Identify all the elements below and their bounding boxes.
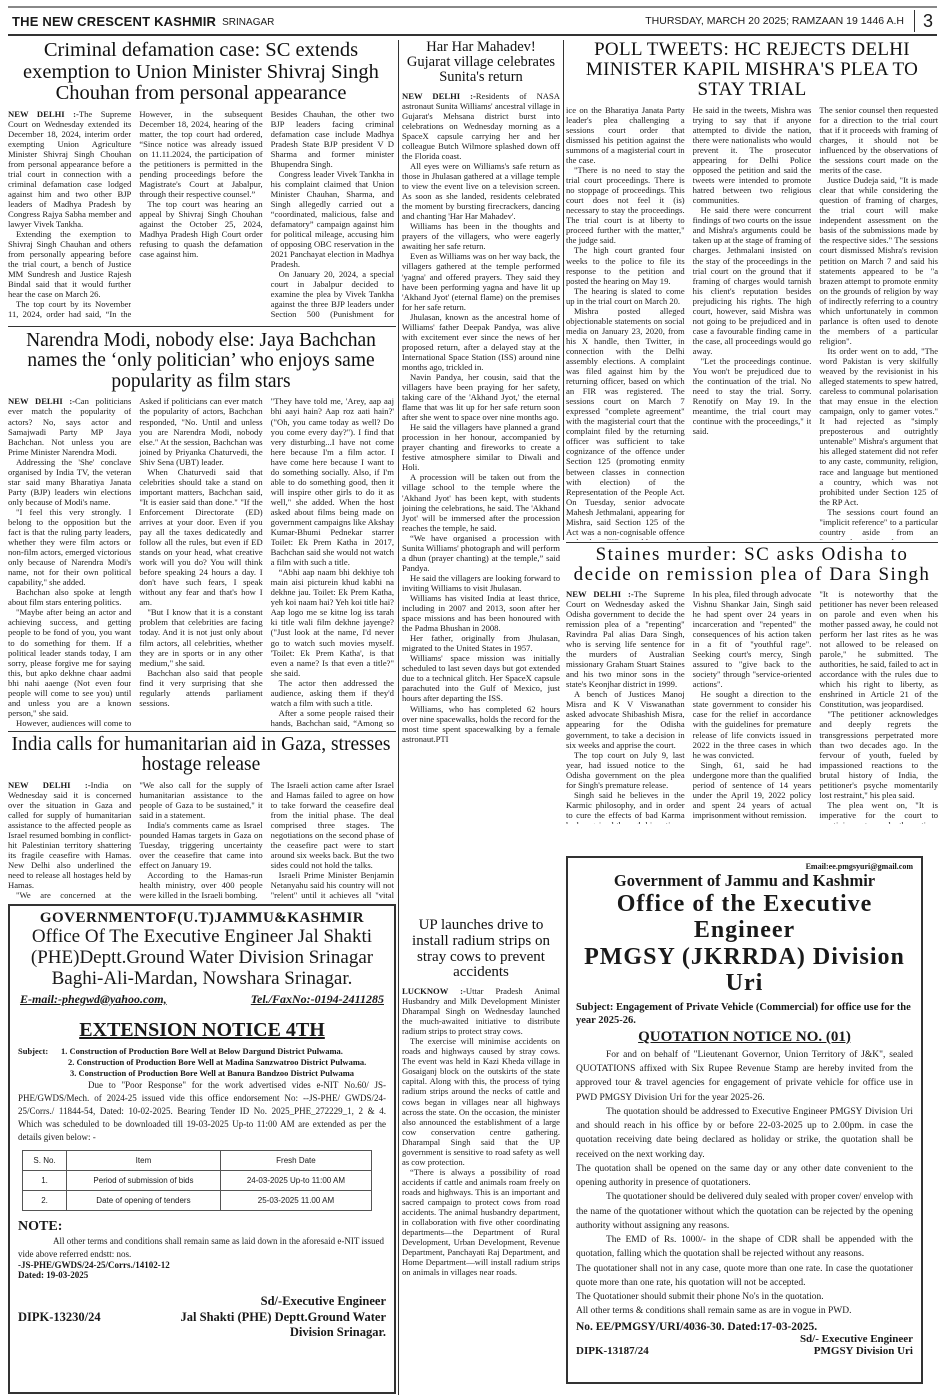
paragraph: The high court granted four weeks to the… <box>566 245 685 285</box>
paragraph: The top court was hearing an appeal by S… <box>139 199 262 259</box>
office-line: Office of the Executive Engineer <box>576 891 913 944</box>
article-body: NEW DELHI :-The Supreme Court on Wednesd… <box>8 109 394 322</box>
paragraph: Israeli Prime Minister Benjamin Netanyah… <box>271 870 394 903</box>
table-cell: Date of opening of tenders <box>67 1191 221 1211</box>
text: India on Wednesday said it is concerned … <box>8 780 131 890</box>
paragraph: Williams has been in the thoughts and pr… <box>402 221 560 251</box>
text: Subject: <box>18 1046 48 1056</box>
paragraph: Bachchan also spoke at length about film… <box>8 587 131 607</box>
dateline: NEW DELHI :- <box>8 780 91 790</box>
dateline: LUCKNOW :- <box>402 986 466 996</box>
paragraph: Bachchan also said that people find it v… <box>139 668 262 708</box>
paragraph: Williams, who has completed 62 hours ove… <box>402 704 560 744</box>
table-row: 1.Period of submission of bids24-03-2025… <box>23 1171 372 1191</box>
paragraph: However, in the subsequent December 18, … <box>139 109 262 199</box>
paragraph: All other terms & conditions shall remai… <box>576 1304 913 1318</box>
text: -JS-PHE/GWDS/24-25/Corrs./14102-12 <box>18 1260 386 1270</box>
paragraph: He said there were concurrent findings o… <box>693 205 812 356</box>
article-staines-murder: Staines murder: SC asks Odisha to decide… <box>566 545 938 830</box>
paragraph: Besides Chauhan, the other two BJP leade… <box>271 109 394 169</box>
paragraph: The hearing is slated to come up in the … <box>566 286 685 306</box>
office-line: PMGSY (JKRRDA) Division Uri <box>576 944 913 997</box>
masthead: THE NEW CRESCENT KASHMIR SRINAGAR THURSD… <box>8 6 937 36</box>
paragraph: "It is noteworthy that the petitioner ha… <box>819 589 938 710</box>
article-body: NEW DELHI :-Can politicians ever match t… <box>8 396 394 727</box>
table-cell: Item <box>67 1151 221 1171</box>
dateline: NEW DELHI :- <box>402 91 476 101</box>
paragraph: However, audiences will come to see even… <box>8 718 131 727</box>
office-line: (PHE)Deptt.Ground Water Division Srinaga… <box>18 948 386 969</box>
headline: UP launches drive to install radium stri… <box>402 918 560 981</box>
text: DIPK-13230/24 <box>18 1310 101 1326</box>
paragraph: "We are concerned at the situation in Ga… <box>8 890 131 903</box>
paragraph: “We have organised a procession with Sun… <box>402 533 560 573</box>
article-radium-strips: UP launches drive to install radium stri… <box>402 918 560 1396</box>
paragraph: Addressing the 'She' conclave organised … <box>8 457 131 507</box>
paragraph: The Israeli action came after Israel and… <box>271 780 394 870</box>
paragraph: “Abhi aap naam bhi dekhiye toh main aisi… <box>271 567 394 678</box>
paragraph: India's comments came as Israel pounded … <box>139 820 262 870</box>
text: 3. Construction of Production Bore Well … <box>18 1068 386 1079</box>
paragraph: In his plea, filed through advocate Vish… <box>693 589 812 689</box>
text: Jal Shakti (PHE) Deptt.Ground Water <box>181 1310 386 1326</box>
text: Sd/-Executive Engineer <box>18 1294 386 1310</box>
office-address: Baghi-Ali-Mardan, Nowshara Srinagar. <box>18 969 386 990</box>
paragraph: "The petitioner acknowledges and deeply … <box>819 709 938 799</box>
newspaper-name: THE NEW CRESCENT KASHMIR <box>12 14 216 29</box>
text: PMGSY Division Uri <box>814 1345 913 1357</box>
advertisement-quotation-notice: Email:ee.pmgsyuri@gmail.com Government o… <box>566 856 923 1384</box>
table-cell: 25-03-2025 11.00 AM <box>220 1191 371 1211</box>
table-cell: S. No. <box>23 1151 67 1171</box>
notice-subject: Subject: Engagement of Private Vehicle (… <box>576 1001 913 1027</box>
notice-title: QUOTATION NOTICE NO. (01) <box>576 1029 913 1046</box>
dateline: NEW DELHI :- <box>8 396 75 406</box>
issue-date: THURSDAY, MARCH 20 2025; RAMZAAN 19 1446… <box>645 15 904 27</box>
paragraph: "They have told me, 'Arey, aap aaj bhi a… <box>271 396 394 567</box>
dateline: NEW DELHI :- <box>566 589 634 599</box>
text: The Supreme Court on Wednesday extended … <box>8 109 131 230</box>
text: Dated: 19-03-2025 <box>18 1270 386 1280</box>
paragraph: Singh, 61, said he had undergone more th… <box>693 760 812 820</box>
paragraph: Even as Williams was on her way back, th… <box>402 251 560 311</box>
text: Residents of NASA astronaut Sunita Willi… <box>402 91 560 161</box>
table-cell: 24-03-2025 Up-to 11:00 AM <box>220 1171 371 1191</box>
paragraph: On January 20, 2024, a special court in … <box>271 269 394 322</box>
paragraph: The plea went on, "It is imperative for … <box>819 800 938 824</box>
article-body: NEW DELHI :-Residents of NASA astronaut … <box>402 91 560 744</box>
paragraph: All eyes were on Williams's safe return … <box>402 161 560 221</box>
paragraph: When Chaturvedi said that celebrities sh… <box>139 467 262 608</box>
article-kapil-mishra: POLL TWEETS: HC REJECTS DELHI MINISTER K… <box>566 40 938 540</box>
paragraph: Navin Pandya, her cousin, said that the … <box>402 372 560 422</box>
government-title: GOVERNMENTOF(U.T)JAMMU&KASHMIR <box>18 910 386 927</box>
text: DIPK-13187/24 <box>576 1345 649 1357</box>
text: All other terms and conditions shall rem… <box>18 1235 386 1260</box>
headline: Har Har Mahadev! Gujarat village celebra… <box>402 40 560 86</box>
dates-table: S. No.ItemFresh Date 1.Period of submiss… <box>22 1150 372 1211</box>
paragraph: The quotationer should be delivered duly… <box>576 1190 913 1233</box>
paragraph: For and on behalf of "Lieutenant Governo… <box>576 1048 913 1105</box>
tel-fax: Tel./FaxNo:-0194-2411285 <box>251 992 384 1007</box>
article-defamation: Criminal defamation case: SC extends exe… <box>8 40 394 322</box>
paragraph: Her father, originally from Jhulasan, mi… <box>402 633 560 653</box>
article-body: NEW DELHI :-India on Wednesday said it i… <box>8 780 394 903</box>
article-sunita-williams: Har Har Mahadev! Gujarat village celebra… <box>402 40 560 918</box>
headline: Staines murder: SC asks Odisha to decide… <box>566 545 938 585</box>
table-cell: Fresh Date <box>220 1151 371 1171</box>
paragraph: “There is always a possibility of road a… <box>402 1167 560 1278</box>
paragraph: "Let the proceedings continue. You won't… <box>693 356 812 436</box>
text: The Supreme Court on Wednesday asked the… <box>566 589 685 689</box>
article-body: ice on the Bharatiya Janata Party leader… <box>566 105 938 540</box>
text: Sd/- Executive Engineer <box>576 1333 913 1345</box>
text: NOTE <box>18 1219 58 1234</box>
paragraph: "I feel this very strongly. I belong to … <box>8 507 131 587</box>
reference-number: No. EE/PMGSY/URI/4036-30. Dated:17-03-20… <box>576 1321 913 1333</box>
text: 1. Construction of Production Bore Well … <box>61 1046 343 1056</box>
paragraph: A bench of Justices Manoj Misra and K V … <box>566 689 685 749</box>
paragraph: The quotation should be addressed to Exe… <box>576 1105 913 1162</box>
advertisement-extension-notice: GOVERNMENTOF(U.T)JAMMU&KASHMIR Office Of… <box>8 904 396 1394</box>
paragraph: The quotationer shall not in any case, q… <box>576 1262 913 1291</box>
paragraph: He said in the tweets, Mishra was trying… <box>693 105 812 205</box>
table-cell: Period of submission of bids <box>67 1171 221 1191</box>
paragraph: Extending the exemption to Shivraj Singh… <box>8 229 131 299</box>
paragraph: The top court by its November 11, 2024, … <box>8 299 131 322</box>
paragraph: The quotation shall be opened on the sam… <box>576 1162 913 1191</box>
table-cell: 2. <box>23 1191 67 1211</box>
paragraph: According to the Hamas-run health minist… <box>139 870 262 900</box>
headline: POLL TWEETS: HC REJECTS DELHI MINISTER K… <box>566 40 938 100</box>
article-jaya-bachchan: Narendra Modi, nobody else: Jaya Bachcha… <box>8 331 394 727</box>
table-cell: 1. <box>23 1171 67 1191</box>
paragraph: Asked if politicians can ever match the … <box>139 396 262 466</box>
paragraph: The exercise will minimise accidents on … <box>402 1036 560 1167</box>
paragraph: Mishra posted alleged objectionable stat… <box>566 306 685 540</box>
government-title: Government of Jammu and Kashmir <box>576 871 913 891</box>
paragraph: The Quotationer should submit their phon… <box>576 1290 913 1304</box>
email-link[interactable]: Email:ee.pmgsyuri@gmail.com <box>576 862 913 871</box>
paragraph: Williams has visited India at least thri… <box>402 593 560 633</box>
article-gaza: India calls for humanitarian aid in Gaza… <box>8 735 394 903</box>
headline: Narendra Modi, nobody else: Jaya Bachcha… <box>8 331 394 392</box>
notice-body: Due to "Poor Response" for the work adve… <box>18 1079 386 1144</box>
text: Division Srinagar. <box>18 1325 386 1341</box>
paragraph: The top court on July 9, last year, had … <box>566 750 685 790</box>
paragraph: Jhulasan, known as the ancestral home of… <box>402 312 560 372</box>
paragraph: "Maybe after being an actor and achievin… <box>8 607 131 718</box>
paragraph: The senior counsel then requested for a … <box>819 105 938 175</box>
paragraph: "We also call for the supply of humanita… <box>139 780 262 820</box>
paragraph: He said the villagers are looking forwar… <box>402 573 560 593</box>
paragraph: A procession will be taken out from the … <box>402 472 560 532</box>
email-link[interactable]: E-mail:-phegwd@yahoo.com, <box>20 992 167 1007</box>
paragraph: ice on the Bharatiya Janata Party leader… <box>566 105 685 165</box>
paragraph: He sought a direction to the state gover… <box>693 689 812 759</box>
paragraph: Williams' space mission was initially sc… <box>402 653 560 703</box>
paragraph: Its order went on to add, "The word Paki… <box>819 346 938 507</box>
paragraph: Justice Dudeja said, "It is made clear t… <box>819 175 938 346</box>
table-row: 2.Date of opening of tenders25-03-2025 1… <box>23 1191 372 1211</box>
headline: Criminal defamation case: SC extends exe… <box>8 40 394 105</box>
notice-title: EXTENSION NOTICE 4TH <box>18 1019 386 1042</box>
paragraph: The EMD of Rs. 1000/- in the shape of CD… <box>576 1233 913 1262</box>
headline: India calls for humanitarian aid in Gaza… <box>8 735 394 776</box>
text: 2. Construction of Production Bore Well … <box>18 1057 386 1068</box>
paragraph: After a some people raised their hands, … <box>271 708 394 727</box>
paragraph: Congress leader Vivek Tankha in his comp… <box>271 169 394 269</box>
edition-city: SRINAGAR <box>222 17 274 28</box>
paragraph: The sessions court found an "implicit re… <box>819 507 938 540</box>
paragraph: The actor then addressed the audience, a… <box>271 678 394 708</box>
paragraph: Singh said he believes in the Karmic phi… <box>566 790 685 824</box>
page-number: 3 <box>914 10 933 32</box>
article-body: LUCKNOW :-Uttar Pradesh Animal Husbandry… <box>402 986 560 1277</box>
office-line: Office Of The Executive Engineer Jal Sha… <box>18 927 386 948</box>
article-body: NEW DELHI :-The Supreme Court on Wednesd… <box>566 589 938 824</box>
paragraph: "But I know that it is a constant proble… <box>139 607 262 667</box>
paragraph: "There is no need to stay the trial cour… <box>566 165 685 245</box>
paragraph: He said the villagers have planned a gra… <box>402 422 560 472</box>
dateline: NEW DELHI :- <box>8 109 79 119</box>
